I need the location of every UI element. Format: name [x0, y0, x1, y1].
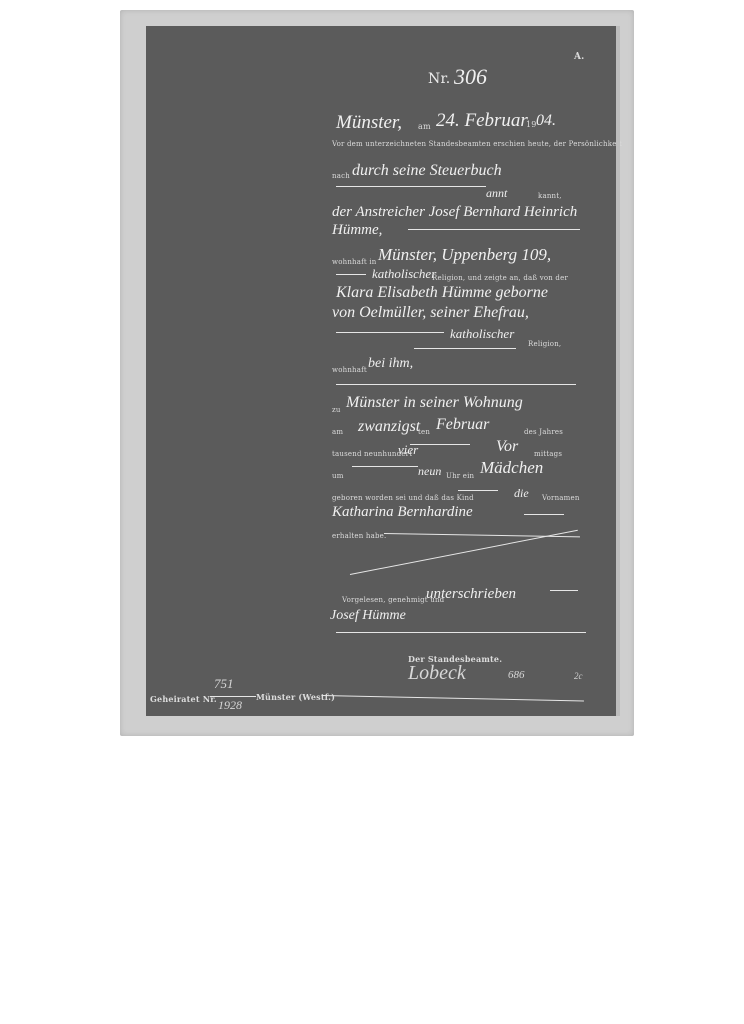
mother-residence-value: bei ihm, — [368, 356, 413, 372]
rule — [458, 490, 498, 491]
intro-nach: nach — [332, 172, 350, 180]
declarant-line2: Hümme, — [332, 222, 382, 239]
rule — [352, 466, 418, 467]
registrar-signature: Lobeck — [408, 662, 466, 685]
rule — [336, 274, 366, 275]
rule — [322, 695, 584, 701]
month-prefix: ten — [418, 428, 430, 436]
margin-small: 2c — [574, 671, 583, 681]
marriage-place: Münster (Westf.) — [256, 692, 335, 702]
names-label: Vornamen — [542, 494, 580, 502]
hour-prefix: um — [332, 472, 344, 480]
time-label: mittags — [534, 450, 562, 458]
rule — [336, 632, 586, 633]
hour-value: neun — [418, 464, 441, 479]
religion-value: katholischer — [372, 266, 436, 282]
register-page: A. Nr. 306 Münster, am 24. Februar 19 04… — [146, 26, 616, 716]
rule — [336, 384, 576, 385]
received-label: erhalten habe. — [332, 532, 386, 540]
corner-mark: A. — [574, 52, 585, 62]
sex-value: Mädchen — [480, 458, 543, 478]
rule — [210, 696, 256, 697]
year-spelled: vier — [398, 442, 418, 458]
date-value: 24. Februar — [436, 110, 528, 132]
residence-label: wohnhaft in — [332, 258, 376, 266]
marriage-number: 751 — [214, 676, 234, 692]
identity-suffix-printed: kannt, — [538, 192, 562, 200]
day-value: zwanzigst — [358, 418, 420, 436]
birthplace-prefix: zu — [332, 406, 341, 414]
religion-suffix: Religion, und zeigte an, daß von der — [432, 274, 568, 282]
hour-label: Uhr ein — [446, 472, 474, 480]
identity-suffix-hand: annt — [486, 186, 507, 201]
read-value: unterschrieben — [426, 586, 516, 603]
year-label: des Jahres — [524, 428, 563, 436]
place-value: Münster, — [336, 112, 402, 134]
date-prefix: am — [418, 122, 431, 131]
rule — [410, 444, 470, 445]
marriage-year: 1928 — [218, 698, 242, 713]
names-value: die — [514, 486, 529, 501]
rule — [408, 229, 580, 230]
born-line: geboren worden sei und daß das Kind — [332, 494, 474, 502]
number-label: Nr. — [428, 71, 450, 87]
mother-religion: katholischer — [450, 326, 514, 342]
birthplace-value: Münster in seiner Wohnung — [346, 394, 523, 412]
declarant-signature: Josef Hümme — [330, 608, 406, 624]
year-prefix: 19 — [526, 120, 537, 129]
mother-line1: Klara Elisabeth Hümme geborne — [336, 284, 548, 302]
intro-line: Vor dem unterzeichneten Standesbeamten e… — [332, 140, 622, 148]
mother-residence-label: wohnhaft — [332, 366, 367, 374]
rule — [524, 514, 564, 515]
rule — [336, 186, 486, 187]
identity-value: durch seine Steuerbuch — [352, 162, 502, 180]
child-names: Katharina Bernhardine — [332, 504, 473, 521]
time-value: Vor — [496, 438, 518, 456]
rule — [414, 348, 516, 349]
month-value: Februar — [436, 416, 489, 434]
marriage-label: Geheiratet Nr. — [150, 694, 217, 704]
declarant-line1: der Anstreicher Josef Bernhard Heinrich — [332, 204, 577, 221]
year-value: 04. — [536, 112, 556, 130]
margin-number: 686 — [508, 669, 525, 681]
mother-line2: von Oelmüller, seiner Ehefrau, — [332, 304, 529, 322]
residence-value: Münster, Uppenberg 109, — [378, 245, 551, 265]
rule — [550, 590, 578, 591]
day-prefix: am — [332, 428, 343, 436]
number-value: 306 — [454, 64, 487, 90]
rule — [336, 332, 444, 333]
mother-religion-label: Religion, — [528, 340, 561, 348]
